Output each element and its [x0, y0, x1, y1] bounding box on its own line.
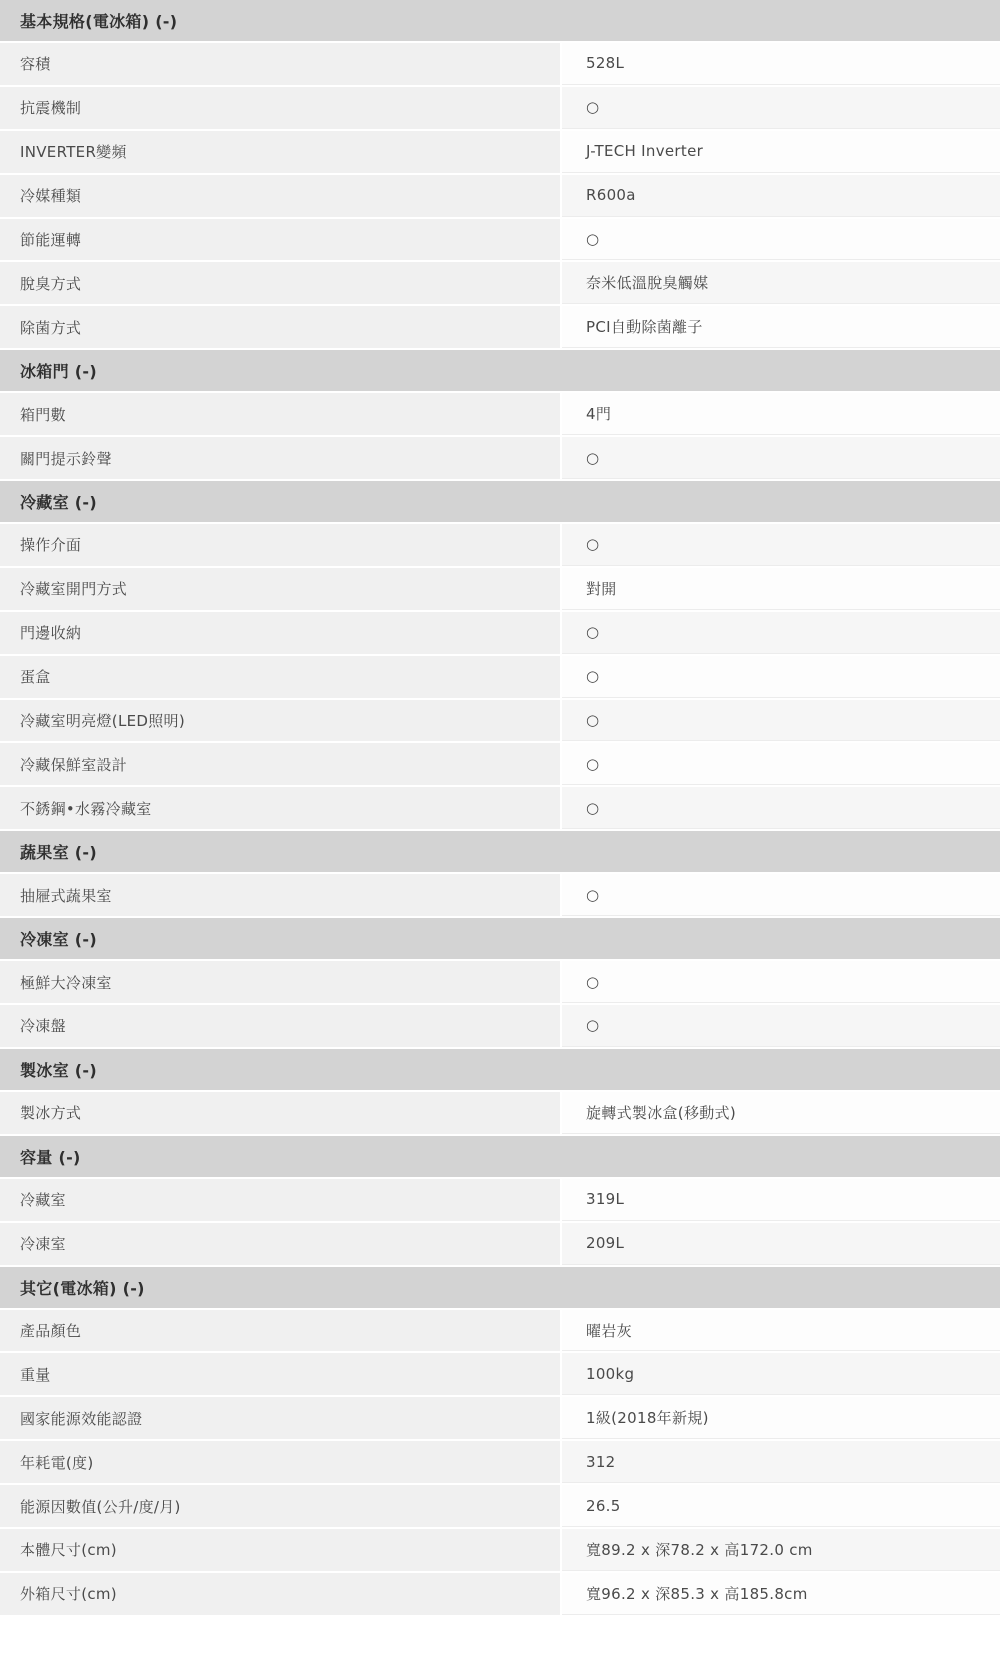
spec-value-cell-check-circle: ○: [562, 219, 1000, 261]
spec-value-cell-check-circle: ○: [562, 437, 1000, 479]
spec-row: 冷凍室209L: [0, 1223, 1000, 1265]
spec-row: 關門提示鈴聲○: [0, 437, 1000, 479]
section-header[interactable]: 冷藏室 (-): [0, 481, 1000, 522]
spec-table: 基本規格(電冰箱) (-)容積528L抗震機制○INVERTER變頻J-TECH…: [0, 0, 1000, 1615]
section-header[interactable]: 容量 (-): [0, 1136, 1000, 1177]
spec-row: 冷藏保鮮室設計○: [0, 743, 1000, 785]
section-title: 冰箱門 (-): [20, 359, 97, 382]
spec-row: 冷凍盤○: [0, 1005, 1000, 1047]
spec-row: 冷媒種類R600a: [0, 175, 1000, 217]
spec-label-cell: 不銹鋼•水霧冷藏室: [0, 787, 560, 829]
section-header[interactable]: 蔬果室 (-): [0, 831, 1000, 872]
spec-row: 除菌方式PCI自動除菌離子: [0, 306, 1000, 348]
section-header[interactable]: 冷凍室 (-): [0, 918, 1000, 959]
section-header[interactable]: 其它(電冰箱) (-): [0, 1267, 1000, 1308]
spec-label-cell: 冷藏室: [0, 1179, 560, 1221]
spec-label-cell: 抽屜式蔬果室: [0, 874, 560, 916]
spec-value-cell-check-circle: ○: [562, 743, 1000, 785]
spec-value-cell: 100kg: [562, 1353, 1000, 1395]
section-title: 冷凍室 (-): [20, 927, 97, 950]
spec-row: 外箱尺寸(cm)寬96.2 x 深85.3 x 高185.8cm: [0, 1573, 1000, 1615]
spec-value-cell-check-circle: ○: [562, 787, 1000, 829]
spec-label-cell: 重量: [0, 1353, 560, 1395]
spec-label-cell: 製冰方式: [0, 1092, 560, 1134]
spec-value-cell: 528L: [562, 43, 1000, 85]
spec-value-cell: 旋轉式製冰盒(移動式): [562, 1092, 1000, 1134]
spec-label-cell: 箱門數: [0, 393, 560, 435]
spec-label-cell: 國家能源效能認證: [0, 1397, 560, 1439]
spec-label-cell: 冷藏保鮮室設計: [0, 743, 560, 785]
spec-value-cell: R600a: [562, 175, 1000, 217]
spec-row: 冷藏室開門方式對開: [0, 568, 1000, 610]
spec-row: 國家能源效能認證1級(2018年新規): [0, 1397, 1000, 1439]
spec-row: 製冰方式旋轉式製冰盒(移動式): [0, 1092, 1000, 1134]
spec-label-cell: 冷凍盤: [0, 1005, 560, 1047]
spec-label-cell: 冷凍室: [0, 1223, 560, 1265]
section-header[interactable]: 基本規格(電冰箱) (-): [0, 0, 1000, 41]
spec-row: 抗震機制○: [0, 87, 1000, 129]
spec-row: 年耗電(度)312: [0, 1441, 1000, 1483]
section-header[interactable]: 冰箱門 (-): [0, 350, 1000, 391]
spec-label-cell: 操作介面: [0, 524, 560, 566]
spec-row: 冷藏室明亮燈(LED照明)○: [0, 700, 1000, 742]
spec-label-cell: 門邊收納: [0, 612, 560, 654]
section-title: 製冰室 (-): [20, 1058, 97, 1081]
spec-label-cell: 除菌方式: [0, 306, 560, 348]
spec-label-cell: 能源因數值(公升/度/月): [0, 1485, 560, 1527]
spec-row: 重量100kg: [0, 1353, 1000, 1395]
spec-row: 箱門數4門: [0, 393, 1000, 435]
spec-label-cell: INVERTER變頻: [0, 131, 560, 173]
spec-row: 極鮮大冷凍室○: [0, 961, 1000, 1003]
spec-label-cell: 抗震機制: [0, 87, 560, 129]
spec-value-cell-check-circle: ○: [562, 1005, 1000, 1047]
spec-value-cell-check-circle: ○: [562, 874, 1000, 916]
spec-value-cell-check-circle: ○: [562, 656, 1000, 698]
spec-value-cell-check-circle: ○: [562, 524, 1000, 566]
spec-value-cell-check-circle: ○: [562, 700, 1000, 742]
spec-row: 門邊收納○: [0, 612, 1000, 654]
spec-value-cell: 寬89.2 x 深78.2 x 高172.0 cm: [562, 1529, 1000, 1571]
section-title: 其它(電冰箱) (-): [20, 1276, 145, 1299]
spec-value-cell: 1級(2018年新規): [562, 1397, 1000, 1439]
spec-label-cell: 節能運轉: [0, 219, 560, 261]
section-title: 容量 (-): [20, 1145, 81, 1168]
spec-value-cell: 曜岩灰: [562, 1310, 1000, 1352]
spec-label-cell: 冷藏室明亮燈(LED照明): [0, 700, 560, 742]
spec-row: 脫臭方式奈米低溫脫臭觸媒: [0, 262, 1000, 304]
spec-row: 產品顏色曜岩灰: [0, 1310, 1000, 1352]
spec-value-cell: 209L: [562, 1223, 1000, 1265]
spec-value-cell: 312: [562, 1441, 1000, 1483]
spec-row: 能源因數值(公升/度/月)26.5: [0, 1485, 1000, 1527]
spec-value-cell: 寬96.2 x 深85.3 x 高185.8cm: [562, 1573, 1000, 1615]
spec-row: 容積528L: [0, 43, 1000, 85]
section-title: 基本規格(電冰箱) (-): [20, 9, 177, 32]
spec-value-cell: 319L: [562, 1179, 1000, 1221]
spec-value-cell: 奈米低溫脫臭觸媒: [562, 262, 1000, 304]
spec-row: INVERTER變頻J-TECH Inverter: [0, 131, 1000, 173]
spec-label-cell: 蛋盒: [0, 656, 560, 698]
spec-value-cell-check-circle: ○: [562, 961, 1000, 1003]
spec-row: 抽屜式蔬果室○: [0, 874, 1000, 916]
spec-label-cell: 年耗電(度): [0, 1441, 560, 1483]
spec-label-cell: 外箱尺寸(cm): [0, 1573, 560, 1615]
spec-label-cell: 極鮮大冷凍室: [0, 961, 560, 1003]
spec-row: 冷藏室319L: [0, 1179, 1000, 1221]
spec-label-cell: 脫臭方式: [0, 262, 560, 304]
spec-value-cell-check-circle: ○: [562, 612, 1000, 654]
spec-label-cell: 容積: [0, 43, 560, 85]
spec-label-cell: 本體尺寸(cm): [0, 1529, 560, 1571]
spec-value-cell: 26.5: [562, 1485, 1000, 1527]
section-title: 冷藏室 (-): [20, 490, 97, 513]
spec-label-cell: 冷藏室開門方式: [0, 568, 560, 610]
spec-label-cell: 關門提示鈴聲: [0, 437, 560, 479]
section-header[interactable]: 製冰室 (-): [0, 1049, 1000, 1090]
spec-row: 節能運轉○: [0, 219, 1000, 261]
spec-row: 不銹鋼•水霧冷藏室○: [0, 787, 1000, 829]
spec-value-cell: 對開: [562, 568, 1000, 610]
spec-row: 操作介面○: [0, 524, 1000, 566]
spec-row: 蛋盒○: [0, 656, 1000, 698]
spec-value-cell: 4門: [562, 393, 1000, 435]
spec-value-cell: PCI自動除菌離子: [562, 306, 1000, 348]
spec-value-cell-check-circle: ○: [562, 87, 1000, 129]
section-title: 蔬果室 (-): [20, 840, 97, 863]
spec-value-cell: J-TECH Inverter: [562, 131, 1000, 173]
spec-label-cell: 產品顏色: [0, 1310, 560, 1352]
spec-label-cell: 冷媒種類: [0, 175, 560, 217]
spec-row: 本體尺寸(cm)寬89.2 x 深78.2 x 高172.0 cm: [0, 1529, 1000, 1571]
